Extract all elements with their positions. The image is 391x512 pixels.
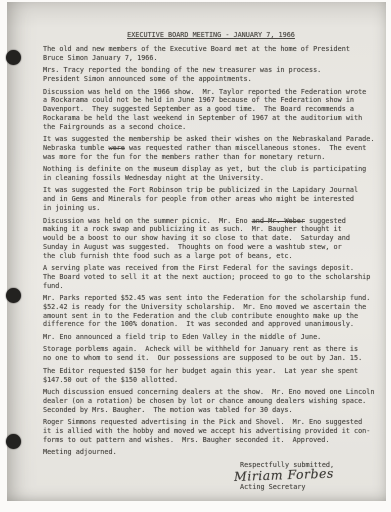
text-line: Mrs. Tracy reported the bonding of the n… bbox=[43, 66, 379, 75]
text-line: It was suggested the membership be asked… bbox=[43, 135, 379, 144]
paragraph: The Editor requested $150 for her budget… bbox=[43, 367, 379, 385]
paragraph: Mr. Parks reported $52.45 was sent into … bbox=[43, 294, 379, 329]
text-line: The Board voted to sell it at the next a… bbox=[43, 273, 379, 282]
text-line: Nebraska tumble were was requested rathe… bbox=[43, 144, 379, 153]
text-line: Mr. Eno announced a field trip to Eden V… bbox=[43, 333, 379, 342]
text-line: Seconded by Mrs. Baugher. The motion was… bbox=[43, 406, 379, 415]
text-line: Storage porblems again. Acheck will be w… bbox=[43, 345, 379, 354]
scanned-page: EXECUTIVE BOARD MEETING - JANUARY 7, 196… bbox=[7, 2, 386, 501]
paragraph: Roger Simmons requested advertising in t… bbox=[43, 418, 379, 444]
hole-punch-mark bbox=[6, 288, 21, 303]
text-line: Meeting adjourned. bbox=[43, 448, 379, 457]
text-line: it is allied with the hobby and moved we… bbox=[43, 427, 379, 436]
text-line: Discussion was held on the summer picnic… bbox=[43, 217, 379, 226]
text-line: was more for the fun for the members rat… bbox=[43, 153, 379, 162]
paragraph: Meeting adjourned. bbox=[43, 448, 379, 457]
text-line: $147.50 out of the $150 allotted. bbox=[43, 376, 379, 385]
text-line: fund. bbox=[43, 282, 379, 291]
closing-block: Respectfully submitted, Miriam Forbes Ac… bbox=[240, 461, 379, 493]
text-line: difference for the 100% donation. It was… bbox=[43, 320, 379, 329]
paragraph: Mrs. Tracy reported the bonding of the n… bbox=[43, 66, 379, 84]
paragraph: Nothing is definite on the museum displa… bbox=[43, 165, 379, 183]
document-content: EXECUTIVE BOARD MEETING - JANUARY 7, 196… bbox=[43, 31, 379, 492]
text-line: Bruce Simon January 7, 1966. bbox=[43, 54, 379, 63]
hole-punch-mark bbox=[6, 434, 21, 449]
text-line: making it a rock swap and publicizing it… bbox=[43, 225, 379, 234]
text-line: would be a boost to our show having it s… bbox=[43, 234, 379, 243]
paragraph: It was suggested the Fort Robinson trip … bbox=[43, 186, 379, 212]
text-line: Mr. Parks reported $52.45 was sent into … bbox=[43, 294, 379, 303]
text-line: Sunday in August was suggested. Thoughts… bbox=[43, 243, 379, 252]
text-line: A serving plate was received from the Fi… bbox=[43, 264, 379, 273]
text-line: dealer (on a rotation) be chosen by lot … bbox=[43, 397, 379, 406]
paragraph: The old and new members of the Executive… bbox=[43, 45, 379, 63]
text-line: Discussion was held on the 1966 show. Mr… bbox=[43, 88, 379, 97]
text-line: the Fairgrounds as a second choice. bbox=[43, 123, 379, 132]
paragraph: Discussion was held on the summer picnic… bbox=[43, 217, 379, 261]
paragraph: Storage porblems again. Acheck will be w… bbox=[43, 345, 379, 363]
text-line: Roger Simmons requested advertising in t… bbox=[43, 418, 379, 427]
text-line: amount sent in to the Federation and the… bbox=[43, 312, 379, 321]
text-line: It was suggested the Fort Robinson trip … bbox=[43, 186, 379, 195]
text-line: Rockarama be held the last weekend in Se… bbox=[43, 114, 379, 123]
text-line: forms to out pattern and wishes. Mrs. Ba… bbox=[43, 436, 379, 445]
paragraph: Mr. Eno announced a field trip to Eden V… bbox=[43, 333, 379, 342]
text-line: The Editor requested $150 for her budget… bbox=[43, 367, 379, 376]
text-line: Nothing is definite on the museum displa… bbox=[43, 165, 379, 174]
paragraph: Much discussion ensued concerning dealer… bbox=[43, 388, 379, 414]
text-line: in cleaning fossils Wednesday night at t… bbox=[43, 174, 379, 183]
text-line: The old and new members of the Executive… bbox=[43, 45, 379, 54]
text-line: Davenport. They suggested September as a… bbox=[43, 105, 379, 114]
text-line: Much discussion ensued concerning dealer… bbox=[43, 388, 379, 397]
text-line: in joining us. bbox=[43, 204, 379, 213]
text-line: $52.42 is ready for the University schol… bbox=[43, 303, 379, 312]
text-line: the club furnish thte food such as a lar… bbox=[43, 252, 379, 261]
paragraph: Discussion was held on the 1966 show. Mr… bbox=[43, 88, 379, 132]
signer-role: Acting Secretary bbox=[240, 483, 379, 492]
signature: Miriam Forbes bbox=[234, 465, 379, 483]
text-line: a Rockarama could not be held in June 19… bbox=[43, 96, 379, 105]
text-line: no one to whom to send it. Our possessio… bbox=[43, 354, 379, 363]
text-line: and in Gems and Minerals for people from… bbox=[43, 195, 379, 204]
text-line: President Simon announced some of the ap… bbox=[43, 75, 379, 84]
document-body: The old and new members of the Executive… bbox=[43, 45, 379, 457]
paragraph: It was suggested the membership be asked… bbox=[43, 135, 379, 161]
paragraph: A serving plate was received from the Fi… bbox=[43, 264, 379, 290]
document-title: EXECUTIVE BOARD MEETING - JANUARY 7, 196… bbox=[43, 31, 379, 40]
hole-punch-mark bbox=[6, 50, 21, 65]
